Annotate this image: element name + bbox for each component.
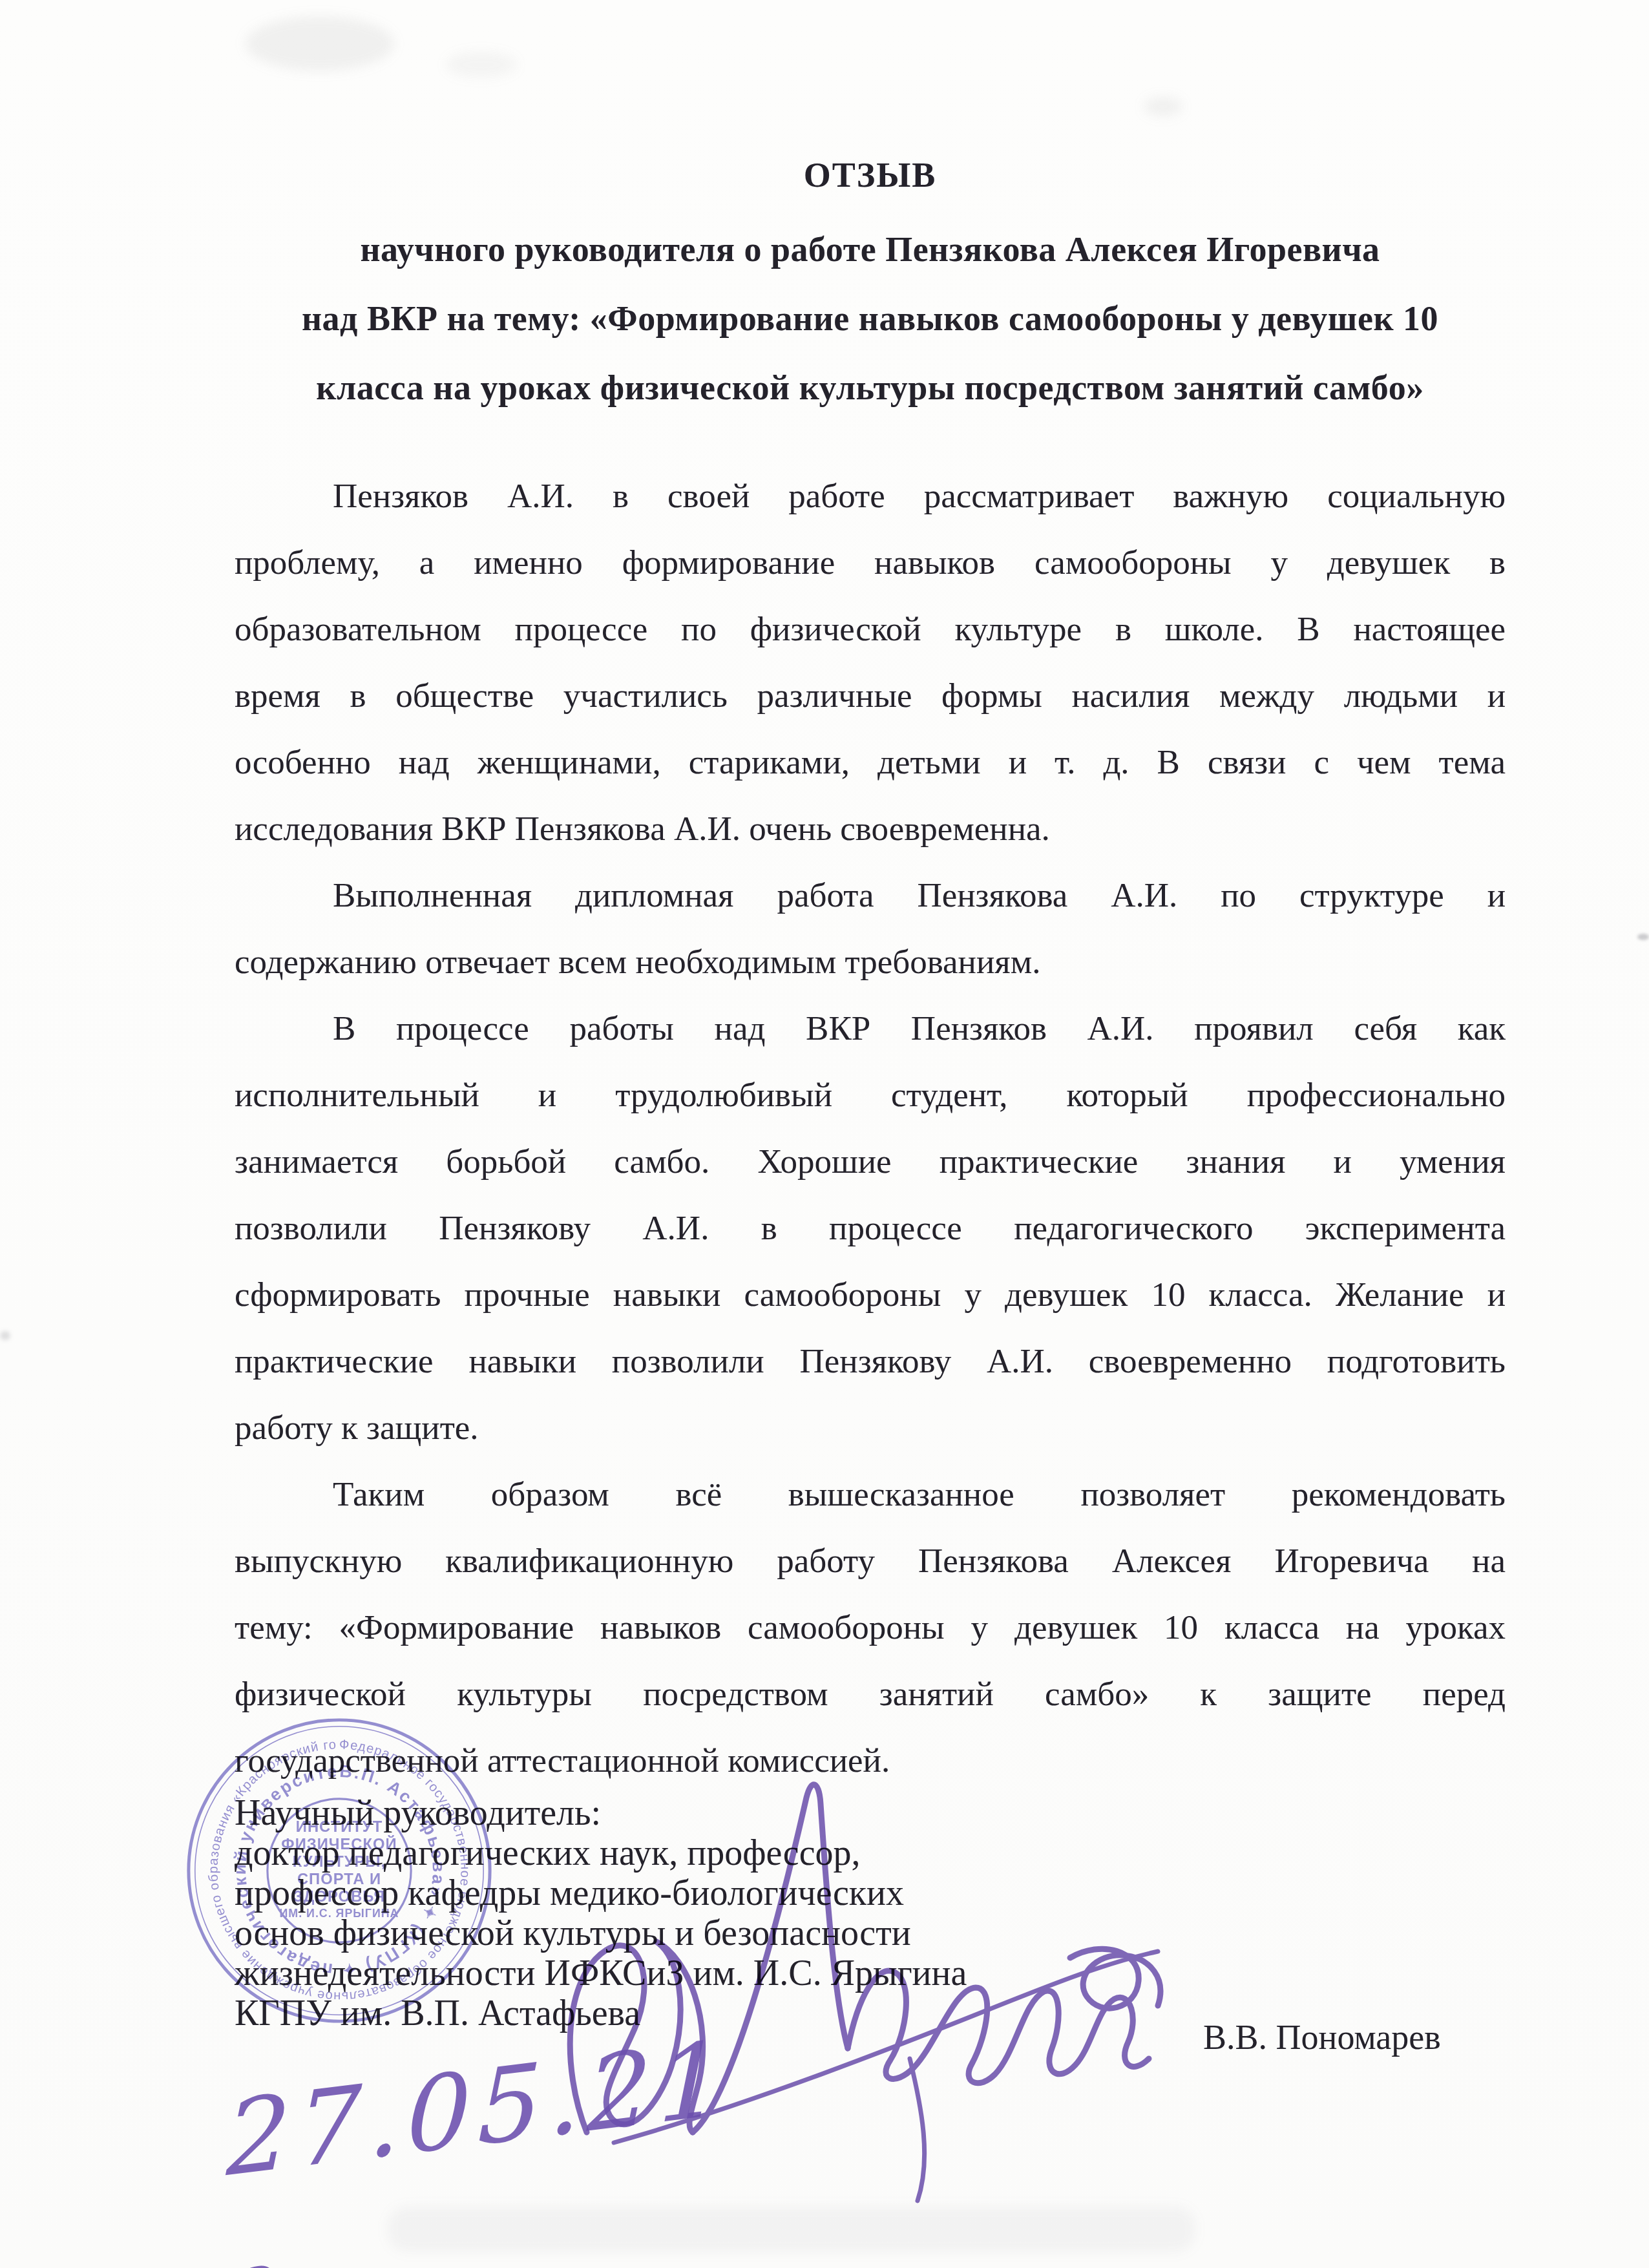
body-line: исполнительный и трудолюбивый студент, к… bbox=[235, 1062, 1506, 1129]
scan-smudge bbox=[1637, 934, 1649, 940]
body-line: проблему, а именно формирование навыков … bbox=[235, 530, 1506, 596]
signature-stroke bbox=[910, 2059, 925, 2201]
body-line: тему: «Формирование навыков самообороны … bbox=[235, 1595, 1506, 1661]
body-line: Выполненная дипломная работа Пензякова А… bbox=[235, 863, 1506, 929]
body-line: образовательном процессе по физической к… bbox=[235, 596, 1506, 663]
stamp-center-line: ЗДОРОВЬЯ bbox=[293, 1888, 386, 1906]
body-line: сформировать прочные навыки самообороны … bbox=[235, 1262, 1506, 1328]
body-line: Таким образом всё вышесказанное позволяе… bbox=[235, 1462, 1506, 1528]
body-line: особенно над женщинами, стариками, детьм… bbox=[235, 730, 1506, 796]
title-line: над ВКР на тему: «Формирование навыков с… bbox=[235, 284, 1506, 353]
stamp-center-line: КУЛЬТУРЫ, bbox=[293, 1853, 386, 1871]
stamp-center-line: СПОРТА И bbox=[297, 1871, 381, 1888]
scanned-review-page: ОТЗЫВ научного руководителя о работе Пен… bbox=[0, 0, 1649, 2268]
title-word-otzyv: ОТЗЫВ bbox=[235, 141, 1506, 210]
body-line: Пензяков А.И. в своей работе рассматрива… bbox=[235, 463, 1506, 530]
signature-stroke bbox=[848, 1971, 1149, 2083]
body-line: время в обществе участились различные фо… bbox=[235, 663, 1506, 730]
scan-smudge bbox=[246, 16, 394, 71]
body-line: исследования ВКР Пензякова А.И. очень св… bbox=[235, 796, 1506, 863]
scan-smudge bbox=[1144, 97, 1182, 116]
body-line: содержанию отвечает всем необходимым тре… bbox=[235, 929, 1506, 996]
body-line: работу к защите. bbox=[235, 1395, 1506, 1462]
title-line: класса на уроках физической культуры пос… bbox=[235, 353, 1506, 423]
stamp-center-line: ИНСТИТУТ bbox=[296, 1818, 383, 1836]
scan-smudge bbox=[0, 1331, 10, 1340]
body-line: позволили Пензякову А.И. в процессе педа… bbox=[235, 1195, 1506, 1262]
body-line: практические навыки позволили Пензякову … bbox=[235, 1328, 1506, 1395]
stamp-center-line: ФИЗИЧЕСКОЙ bbox=[281, 1835, 397, 1853]
body-line: В процессе работы над ВКР Пензяков А.И. … bbox=[235, 996, 1506, 1062]
signer-name: В.В. Пономарев bbox=[1203, 2017, 1441, 2057]
scan-smudge bbox=[446, 52, 517, 78]
body-line: выпускную квалификационную работу Пензяк… bbox=[235, 1528, 1506, 1595]
title-line: научного руководителя о работе Пензякова… bbox=[235, 215, 1506, 284]
document-title: ОТЗЫВ научного руководителя о работе Пен… bbox=[235, 141, 1506, 423]
university-round-stamp: Федеральное государственное бюджетное об… bbox=[179, 1710, 499, 2031]
stamp-center-line: ИМ. И.С. ЯРЫГИНА bbox=[280, 1907, 399, 1920]
document-body: Пензяков А.И. в своей работе рассматрива… bbox=[235, 463, 1506, 1794]
body-line: занимается борьбой самбо. Хорошие практи… bbox=[235, 1129, 1506, 1195]
